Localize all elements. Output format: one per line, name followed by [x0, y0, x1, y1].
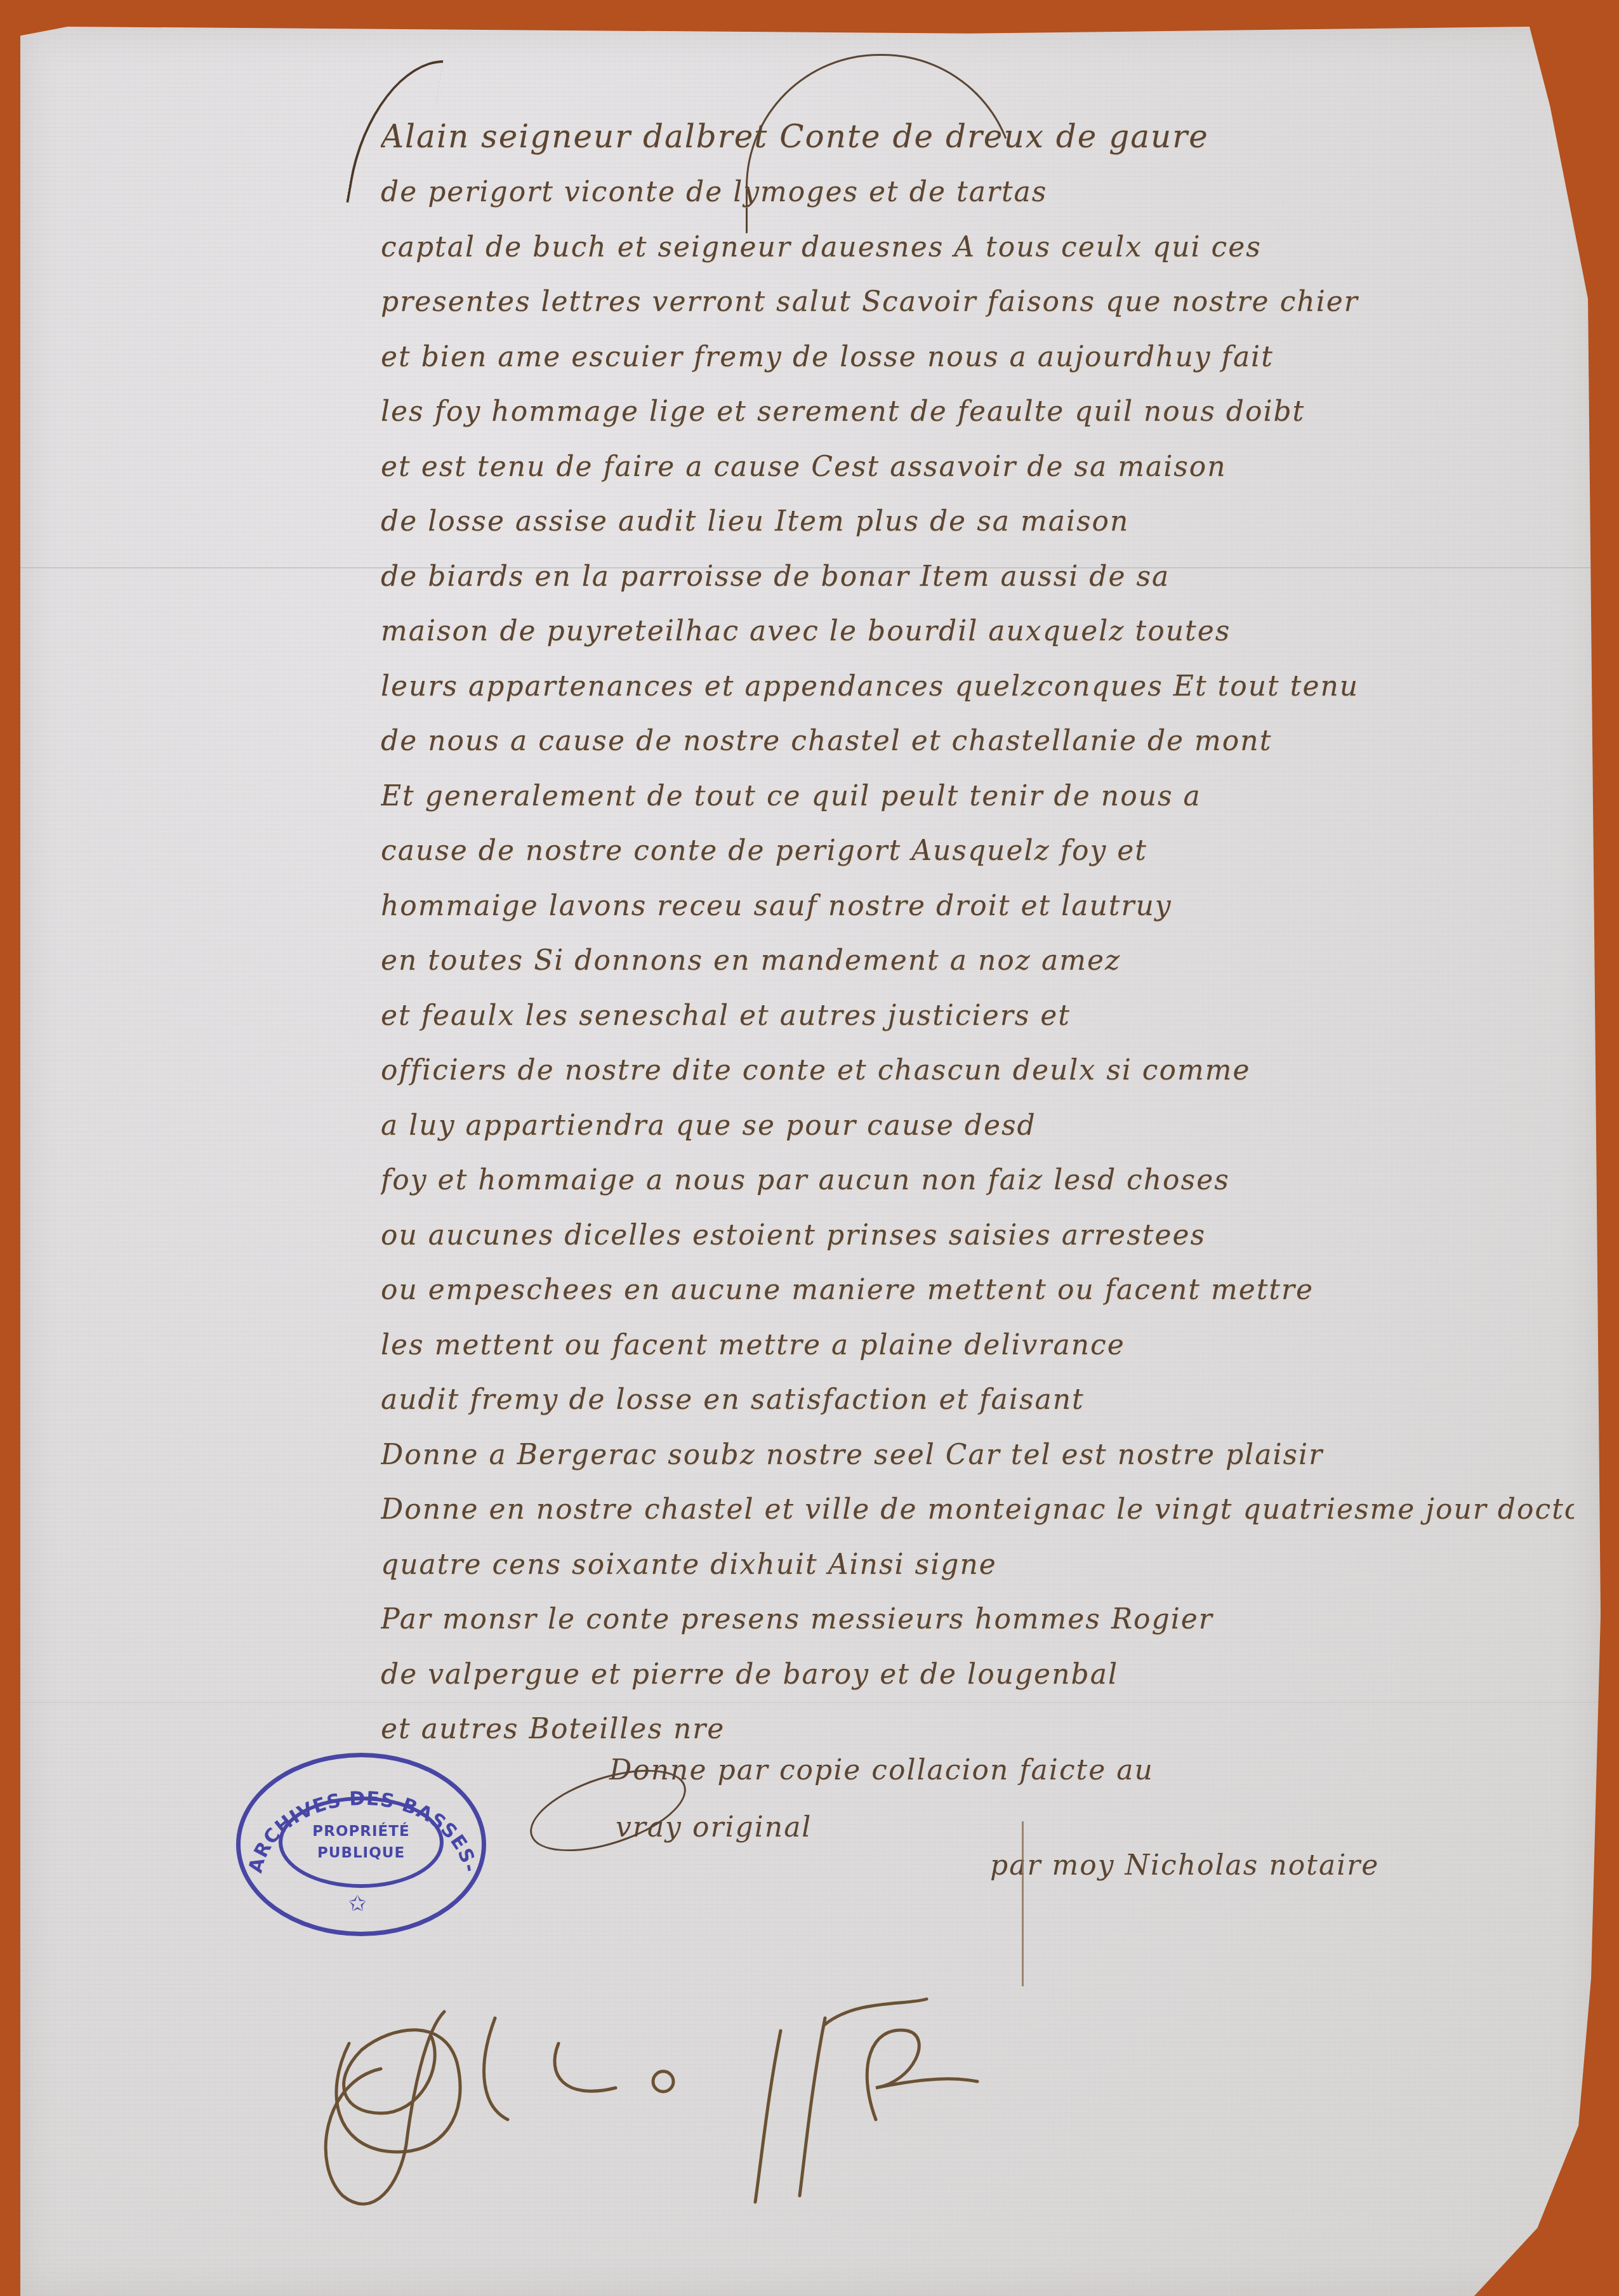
body-line: maison de puyreteilhac avec le bourdil a… — [381, 604, 1574, 659]
stamp-center-line: PROPRIÉTÉ — [312, 1821, 409, 1842]
star-icon: ✩ — [348, 1893, 367, 1915]
collation-note: Donne par copie collacion faicte au vray… — [520, 1742, 1472, 1894]
body-line: de losse assise audit lieu Item plus de … — [381, 494, 1574, 550]
body-line: en toutes Si donnons en mandement a noz … — [381, 934, 1574, 989]
archive-stamp: ARCHIVES DES BASSES-PYRÉNÉES PROPRIÉTÉ P… — [236, 1753, 486, 1936]
stamp-center-line: PUBLIQUE — [317, 1842, 405, 1864]
body-line: quatre cens soixante dixhuit Ainsi signe — [381, 1538, 1574, 1593]
body-line: a luy appartiendra que se pour cause des… — [381, 1099, 1574, 1154]
body-line: et feaulx les seneschal et autres justic… — [381, 989, 1574, 1044]
body-line: ou empeschees en aucune maniere mettent … — [381, 1263, 1574, 1318]
body-line: et bien ame escuier fremy de losse nous … — [381, 330, 1574, 385]
body-line: de nous a cause de nostre chastel et cha… — [381, 714, 1574, 769]
body-line: ou aucunes dicelles estoient prinses sai… — [381, 1208, 1574, 1263]
body-line: Donne a Bergerac soubz nostre seel Car t… — [381, 1428, 1574, 1483]
body-line: Donne en nostre chastel et ville de mont… — [381, 1482, 1574, 1538]
stamp-center: PROPRIÉTÉ PUBLIQUE — [279, 1797, 444, 1888]
body-line: et est tenu de faire a cause Cest assavo… — [381, 440, 1574, 495]
body-line: captal de buch et seigneur dauesnes A to… — [381, 220, 1574, 275]
body-line: officiers de nostre dite conte et chascu… — [381, 1043, 1574, 1099]
body-line: les foy hommage lige et serement de feau… — [381, 385, 1574, 440]
body-line: foy et hommaige a nous par aucun non fai… — [381, 1153, 1574, 1208]
body-line: de valpergue et pierre de baroy et de lo… — [381, 1647, 1574, 1703]
notary-paraph-stroke — [1022, 1821, 1024, 1986]
body-line: hommaige lavons receu sauf nostre droit … — [381, 879, 1574, 934]
body-line: cause de nostre conte de perigort Ausque… — [381, 824, 1574, 879]
collation-line: Donne par copie collacion faicte au — [520, 1742, 1472, 1799]
body-line: presentes lettres verront salut Scavoir … — [381, 275, 1574, 330]
body-line: leurs appartenances et appendances quelz… — [381, 659, 1574, 715]
body-line: audit fremy de losse en satisfaction et … — [381, 1373, 1574, 1428]
body-line: les mettent ou facent mettre a plaine de… — [381, 1318, 1574, 1373]
body-line: de perigort viconte de lymoges et de tar… — [381, 165, 1574, 220]
charter-body: Alain seigneur dalbret Conte de dreux de… — [381, 95, 1574, 1757]
body-line: Et generalement de tout ce quil peult te… — [381, 769, 1574, 824]
signature: Belosse — [286, 1955, 996, 2221]
body-line: Alain seigneur dalbret Conte de dreux de… — [381, 95, 1574, 165]
body-line: Par monsr le conte presens messieurs hom… — [381, 1592, 1574, 1647]
body-line: de biards en la parroisse de bonar Item … — [381, 550, 1574, 605]
